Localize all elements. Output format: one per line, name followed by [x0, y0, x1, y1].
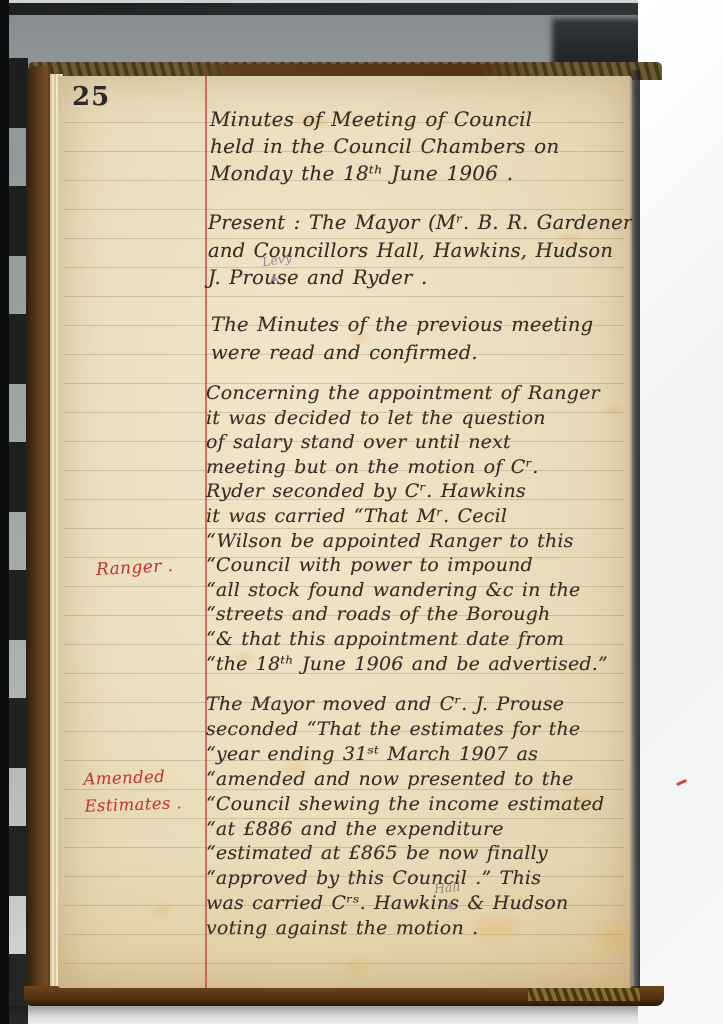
minutes-heading: Minutes of Meeting of Councilheld in the…: [210, 106, 560, 187]
paragraph-ranger-appointment: Concerning the appointment of Rangerit w…: [206, 381, 608, 676]
page-right-edge-shadow: [629, 70, 640, 988]
ledger-page: 25 Minutes of Meeting of Councilheld in …: [58, 76, 632, 988]
caret-mark-hall: [446, 902, 454, 909]
scanned-minute-book-photo: 25 Minutes of Meeting of Councilheld in …: [0, 0, 723, 1024]
scanner-white-margin: [638, 0, 723, 1024]
caret-mark-levy: [270, 274, 278, 281]
paragraph-amended-estimates: The Mayor moved and Cʳ. J. Prouseseconde…: [206, 692, 604, 941]
book-cover-bottom-cloth: [528, 988, 640, 1001]
pencil-insertion-hall: Hall: [433, 879, 461, 896]
paragraph-minutes-confirmed: The Minutes of the previous meetingwere …: [211, 311, 593, 366]
margin-note-amended-estimates: AmendedEstimates .: [83, 762, 182, 819]
photo-top-shadow-band: [0, 3, 640, 15]
film-strip-edge: [0, 0, 9, 1024]
photo-bottom-grey: [0, 1006, 648, 1024]
page-number: 25: [72, 82, 110, 112]
book-spine-edge: [26, 66, 52, 1004]
margin-note-ranger: Ranger .: [96, 556, 174, 580]
